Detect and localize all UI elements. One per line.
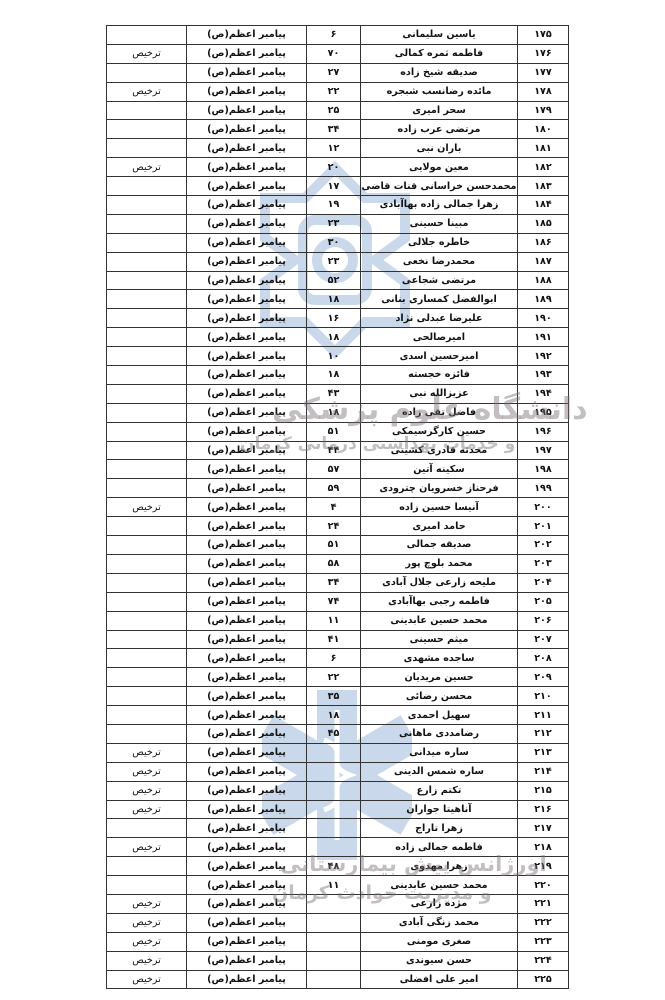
table-row: ۱۸۲معین مولایی۲۰پیامبر اعظم(ص)ترخیص (107, 158, 569, 177)
patient-name-cell: محمد حسین عابدینی (361, 611, 518, 630)
table-row: ۱۷۹سحر امیری۲۵پیامبر اعظم(ص) (107, 101, 569, 120)
table-row: ۲۱۲رضامددی ماهانی۴۵پیامبر اعظم(ص) (107, 724, 569, 743)
row-number-cell: ۲۲۱ (518, 894, 569, 913)
patient-name-cell: رضامددی ماهانی (361, 724, 518, 743)
row-number-cell: ۱۷۵ (518, 26, 569, 45)
hospital-cell: پیامبر اعظم(ص) (187, 26, 307, 45)
row-number-cell: ۱۸۵ (518, 214, 569, 233)
patient-name-cell: مبینا حسینی (361, 214, 518, 233)
status-cell (107, 290, 187, 309)
row-number-cell: ۱۸۴ (518, 196, 569, 215)
status-cell (107, 687, 187, 706)
row-number-cell: ۱۸۷ (518, 252, 569, 271)
row-number-cell: ۱۸۱ (518, 139, 569, 158)
status-cell (107, 233, 187, 252)
hospital-cell: پیامبر اعظم(ص) (187, 951, 307, 970)
status-cell (107, 422, 187, 441)
status-cell (107, 214, 187, 233)
age-cell: ۶ (307, 26, 361, 45)
patient-name-cell: علیرضا عبدلی نژاد (361, 309, 518, 328)
age-cell: ۱۸ (307, 403, 361, 422)
table-row: ۲۱۹زهرا مهدوی۴۸پیامبر اعظم(ص) (107, 857, 569, 876)
table-row: ۲۱۵تکتم زارعپیامبر اعظم(ص)ترخیص (107, 781, 569, 800)
row-number-cell: ۱۸۲ (518, 158, 569, 177)
hospital-cell: پیامبر اعظم(ص) (187, 214, 307, 233)
patient-name-cell: مژده زارعی (361, 894, 518, 913)
age-cell: ۲۷ (307, 63, 361, 82)
age-cell (307, 970, 361, 989)
table-row: ۱۹۵فاضل تقی زاده۱۸پیامبر اعظم(ص) (107, 403, 569, 422)
table-row: ۱۸۷محمدرضا نخعی۲۳پیامبر اعظم(ص) (107, 252, 569, 271)
age-cell: ۳۰ (307, 233, 361, 252)
hospital-cell: پیامبر اعظم(ص) (187, 913, 307, 932)
row-number-cell: ۱۹۵ (518, 403, 569, 422)
row-number-cell: ۱۹۳ (518, 366, 569, 385)
hospital-cell: پیامبر اعظم(ص) (187, 290, 307, 309)
patient-name-cell: صدیقه جمالی (361, 536, 518, 555)
table-row: ۱۷۵یاسین سلیمانی۶پیامبر اعظم(ص) (107, 26, 569, 45)
age-cell: ۳۴ (307, 573, 361, 592)
table-row: ۲۱۴ساره شمس الدینیپیامبر اعظم(ص)ترخیص (107, 762, 569, 781)
patient-name-cell: حسین مریدیان (361, 668, 518, 687)
status-cell (107, 403, 187, 422)
hospital-cell: پیامبر اعظم(ص) (187, 970, 307, 989)
patient-name-cell: محسن رضائی (361, 687, 518, 706)
table-row: ۱۹۹فرحناز خسرویان چترودی۵۹پیامبر اعظم(ص) (107, 479, 569, 498)
row-number-cell: ۲۲۳ (518, 932, 569, 951)
row-number-cell: ۲۰۰ (518, 498, 569, 517)
status-cell (107, 177, 187, 196)
status-cell (107, 252, 187, 271)
row-number-cell: ۲۲۰ (518, 876, 569, 895)
status-cell: ترخیص (107, 932, 187, 951)
hospital-cell: پیامبر اعظم(ص) (187, 762, 307, 781)
status-cell (107, 630, 187, 649)
age-cell: ۲۲ (307, 82, 361, 101)
status-cell: ترخیص (107, 44, 187, 63)
hospital-cell: پیامبر اعظم(ص) (187, 328, 307, 347)
hospital-cell: پیامبر اعظم(ص) (187, 706, 307, 725)
row-number-cell: ۱۸۹ (518, 290, 569, 309)
status-cell (107, 517, 187, 536)
status-cell (107, 271, 187, 290)
age-cell: ۱۶ (307, 309, 361, 328)
patient-name-cell: ملیحه زارعی جلال آبادی (361, 573, 518, 592)
status-cell (107, 120, 187, 139)
patient-name-cell: فرحناز خسرویان چترودی (361, 479, 518, 498)
hospital-cell: پیامبر اعظم(ص) (187, 498, 307, 517)
age-cell: ۱۱ (307, 876, 361, 895)
status-cell (107, 857, 187, 876)
age-cell (307, 781, 361, 800)
row-number-cell: ۱۸۰ (518, 120, 569, 139)
patient-name-cell: فاضل تقی زاده (361, 403, 518, 422)
patient-name-cell: تکتم زارع (361, 781, 518, 800)
patient-name-cell: عزیزالله نبی (361, 384, 518, 403)
row-number-cell: ۲۱۴ (518, 762, 569, 781)
age-cell: ۲۳ (307, 252, 361, 271)
age-cell: ۱۸ (307, 290, 361, 309)
table-row: ۲۰۷میثم حسینی۴۱پیامبر اعظم(ص) (107, 630, 569, 649)
row-number-cell: ۱۷۸ (518, 82, 569, 101)
row-number-cell: ۲۰۵ (518, 592, 569, 611)
status-cell: ترخیص (107, 838, 187, 857)
status-cell (107, 554, 187, 573)
patient-name-cell: حامد امیری (361, 517, 518, 536)
age-cell: ۴۳ (307, 384, 361, 403)
patient-name-cell: یاسین سلیمانی (361, 26, 518, 45)
table-row: ۱۹۱امیرصالحی۱۸پیامبر اعظم(ص) (107, 328, 569, 347)
table-row: ۲۰۲صدیقه جمالی۵۱پیامبر اعظم(ص) (107, 536, 569, 555)
age-cell: ۱۰ (307, 347, 361, 366)
patient-name-cell: فائزه خجسته (361, 366, 518, 385)
table-row: ۱۹۳فائزه خجسته۱۸پیامبر اعظم(ص) (107, 366, 569, 385)
age-cell: ۳۴ (307, 120, 361, 139)
status-cell: ترخیص (107, 743, 187, 762)
status-cell (107, 573, 187, 592)
status-cell: ترخیص (107, 158, 187, 177)
hospital-cell: پیامبر اعظم(ص) (187, 554, 307, 573)
hospital-cell: پیامبر اعظم(ص) (187, 441, 307, 460)
age-cell: ۷۰ (307, 44, 361, 63)
patient-name-cell: ابوالفضل کمساری بنانی (361, 290, 518, 309)
patient-name-cell: امیرحسین اسدی (361, 347, 518, 366)
patient-name-cell: زهرا جمالی زاده بهاآبادی (361, 196, 518, 215)
hospital-cell: پیامبر اعظم(ص) (187, 592, 307, 611)
hospital-cell: پیامبر اعظم(ص) (187, 460, 307, 479)
status-cell: ترخیص (107, 82, 187, 101)
age-cell: ۱۸ (307, 366, 361, 385)
table-row: ۱۹۶حسین کارگرسیمکی۵۱پیامبر اعظم(ص) (107, 422, 569, 441)
patient-name-cell: محمدحسن خراسانی قنات قاضی (361, 177, 518, 196)
age-cell (307, 894, 361, 913)
table-row: ۲۲۳صغری مومنیپیامبر اعظم(ص)ترخیص (107, 932, 569, 951)
hospital-cell: پیامبر اعظم(ص) (187, 177, 307, 196)
patient-name-cell: ساره میدانی (361, 743, 518, 762)
age-cell: ۲۰ (307, 158, 361, 177)
patient-name-cell: معین مولایی (361, 158, 518, 177)
status-cell (107, 592, 187, 611)
status-cell (107, 460, 187, 479)
age-cell (307, 838, 361, 857)
status-cell (107, 819, 187, 838)
status-cell (107, 649, 187, 668)
row-number-cell: ۲۱۵ (518, 781, 569, 800)
row-number-cell: ۱۹۱ (518, 328, 569, 347)
age-cell: ۵۷ (307, 460, 361, 479)
status-cell: ترخیص (107, 762, 187, 781)
row-number-cell: ۲۲۲ (518, 913, 569, 932)
table-row: ۱۷۶فاطمه ثمره کمالی۷۰پیامبر اعظم(ص)ترخیص (107, 44, 569, 63)
row-number-cell: ۱۸۶ (518, 233, 569, 252)
table-row: ۱۹۰علیرضا عبدلی نژاد۱۶پیامبر اعظم(ص) (107, 309, 569, 328)
age-cell: ۱۸ (307, 328, 361, 347)
patient-name-cell: باران نبی (361, 139, 518, 158)
age-cell: ۴ (307, 498, 361, 517)
row-number-cell: ۲۱۱ (518, 706, 569, 725)
patient-name-cell: آنیسا حسین زاده (361, 498, 518, 517)
row-number-cell: ۲۰۳ (518, 554, 569, 573)
patient-name-cell: مائده رضانسب شبجره (361, 82, 518, 101)
table-row: ۲۰۳محمد بلوچ پور۵۸پیامبر اعظم(ص) (107, 554, 569, 573)
table-row: ۱۷۸مائده رضانسب شبجره۲۲پیامبر اعظم(ص)ترخ… (107, 82, 569, 101)
hospital-cell: پیامبر اعظم(ص) (187, 894, 307, 913)
hospital-cell: پیامبر اعظم(ص) (187, 63, 307, 82)
hospital-cell: پیامبر اعظم(ص) (187, 347, 307, 366)
patient-name-cell: سهیل احمدی (361, 706, 518, 725)
row-number-cell: ۲۲۴ (518, 951, 569, 970)
table-row: ۱۸۶خاطره جلالی۳۰پیامبر اعظم(ص) (107, 233, 569, 252)
hospital-cell: پیامبر اعظم(ص) (187, 573, 307, 592)
table-row: ۲۰۸ساجده مشهدی۶پیامبر اعظم(ص) (107, 649, 569, 668)
age-cell: ۲۳ (307, 214, 361, 233)
patient-name-cell: محمد بلوچ پور (361, 554, 518, 573)
hospital-cell: پیامبر اعظم(ص) (187, 196, 307, 215)
row-number-cell: ۲۱۳ (518, 743, 569, 762)
age-cell: ۳۵ (307, 687, 361, 706)
patient-name-cell: فاطمه جمالی زاده (361, 838, 518, 857)
row-number-cell: ۱۹۲ (518, 347, 569, 366)
row-number-cell: ۲۰۴ (518, 573, 569, 592)
hospital-cell: پیامبر اعظم(ص) (187, 271, 307, 290)
status-cell (107, 536, 187, 555)
age-cell: ۵۸ (307, 554, 361, 573)
hospital-cell: پیامبر اعظم(ص) (187, 139, 307, 158)
row-number-cell: ۲۱۸ (518, 838, 569, 857)
age-cell: ۱۲ (307, 139, 361, 158)
row-number-cell: ۱۹۸ (518, 460, 569, 479)
row-number-cell: ۲۱۷ (518, 819, 569, 838)
table-row: ۲۰۹حسین مریدیان۲۲پیامبر اعظم(ص) (107, 668, 569, 687)
patient-name-cell: ساجده مشهدی (361, 649, 518, 668)
hospital-cell: پیامبر اعظم(ص) (187, 422, 307, 441)
table-row: ۲۲۰محمد حسین عابدینی۱۱پیامبر اعظم(ص) (107, 876, 569, 895)
patient-name-cell: امیرصالحی (361, 328, 518, 347)
hospital-cell: پیامبر اعظم(ص) (187, 649, 307, 668)
status-cell (107, 347, 187, 366)
age-cell: ۴۱ (307, 630, 361, 649)
table-row: ۲۰۴ملیحه زارعی جلال آبادی۳۴پیامبر اعظم(ص… (107, 573, 569, 592)
age-cell (307, 932, 361, 951)
age-cell (307, 762, 361, 781)
hospital-cell: پیامبر اعظم(ص) (187, 233, 307, 252)
hospital-cell: پیامبر اعظم(ص) (187, 838, 307, 857)
table-row: ۱۹۷محدثه قادری کشیتی۴۴پیامبر اعظم(ص) (107, 441, 569, 460)
row-number-cell: ۲۱۲ (518, 724, 569, 743)
hospital-cell: پیامبر اعظم(ص) (187, 82, 307, 101)
patient-name-cell: زهرا مهدوی (361, 857, 518, 876)
patient-name-cell: محمد زنگی آبادی (361, 913, 518, 932)
hospital-cell: پیامبر اعظم(ص) (187, 611, 307, 630)
age-cell: ۴۸ (307, 857, 361, 876)
age-cell: ۲۵ (307, 101, 361, 120)
hospital-cell: پیامبر اعظم(ص) (187, 819, 307, 838)
table-row: ۲۲۵امیر علی افضلیپیامبر اعظم(ص)ترخیص (107, 970, 569, 989)
patient-name-cell: ساره شمس الدینی (361, 762, 518, 781)
row-number-cell: ۱۹۶ (518, 422, 569, 441)
hospital-cell: پیامبر اعظم(ص) (187, 252, 307, 271)
patient-name-cell: فاطمه ثمره کمالی (361, 44, 518, 63)
status-cell (107, 706, 187, 725)
row-number-cell: ۲۰۶ (518, 611, 569, 630)
patient-name-cell: مرتضی شجاعی (361, 271, 518, 290)
row-number-cell: ۲۱۹ (518, 857, 569, 876)
casualty-roster-table: ۱۷۵یاسین سلیمانی۶پیامبر اعظم(ص)۱۷۶فاطمه … (106, 25, 569, 989)
patient-name-cell: صدیقه شیخ زاده (361, 63, 518, 82)
hospital-cell: پیامبر اعظم(ص) (187, 120, 307, 139)
row-number-cell: ۲۰۹ (518, 668, 569, 687)
status-cell: ترخیص (107, 970, 187, 989)
table-row: ۱۹۲امیرحسین اسدی۱۰پیامبر اعظم(ص) (107, 347, 569, 366)
status-cell: ترخیص (107, 498, 187, 517)
hospital-cell: پیامبر اعظم(ص) (187, 366, 307, 385)
hospital-cell: پیامبر اعظم(ص) (187, 857, 307, 876)
patient-name-cell: صغری مومنی (361, 932, 518, 951)
table-row: ۱۸۳محمدحسن خراسانی قنات قاضی۱۷پیامبر اعظ… (107, 177, 569, 196)
age-cell (307, 913, 361, 932)
status-cell (107, 724, 187, 743)
status-cell (107, 196, 187, 215)
table-row: ۲۰۰آنیسا حسین زاده۴پیامبر اعظم(ص)ترخیص (107, 498, 569, 517)
patient-name-cell: مرتضی عرب زاده (361, 120, 518, 139)
table-row: ۲۲۴حسن سیوندیپیامبر اعظم(ص)ترخیص (107, 951, 569, 970)
row-number-cell: ۲۱۰ (518, 687, 569, 706)
age-cell: ۱۷ (307, 177, 361, 196)
status-cell: ترخیص (107, 800, 187, 819)
status-cell (107, 876, 187, 895)
hospital-cell: پیامبر اعظم(ص) (187, 630, 307, 649)
hospital-cell: پیامبر اعظم(ص) (187, 517, 307, 536)
hospital-cell: پیامبر اعظم(ص) (187, 668, 307, 687)
status-cell (107, 101, 187, 120)
patient-name-cell: حسن سیوندی (361, 951, 518, 970)
hospital-cell: پیامبر اعظم(ص) (187, 932, 307, 951)
status-cell: ترخیص (107, 781, 187, 800)
patient-name-cell: محدثه قادری کشیتی (361, 441, 518, 460)
patient-name-cell: محمدرضا نخعی (361, 252, 518, 271)
age-cell: ۱۸ (307, 706, 361, 725)
table-row: ۲۱۸فاطمه جمالی زادهپیامبر اعظم(ص)ترخیص (107, 838, 569, 857)
status-cell (107, 139, 187, 158)
hospital-cell: پیامبر اعظم(ص) (187, 101, 307, 120)
status-cell (107, 441, 187, 460)
patient-name-cell: حسین کارگرسیمکی (361, 422, 518, 441)
age-cell (307, 819, 361, 838)
row-number-cell: ۱۸۳ (518, 177, 569, 196)
row-number-cell: ۱۹۰ (518, 309, 569, 328)
row-number-cell: ۱۷۷ (518, 63, 569, 82)
row-number-cell: ۱۸۸ (518, 271, 569, 290)
age-cell: ۲۲ (307, 668, 361, 687)
table-row: ۲۱۷زهرا تاراجپیامبر اعظم(ص) (107, 819, 569, 838)
age-cell: ۱۱ (307, 611, 361, 630)
hospital-cell: پیامبر اعظم(ص) (187, 479, 307, 498)
age-cell: ۴۵ (307, 724, 361, 743)
hospital-cell: پیامبر اعظم(ص) (187, 800, 307, 819)
row-number-cell: ۱۹۷ (518, 441, 569, 460)
age-cell (307, 743, 361, 762)
status-cell (107, 309, 187, 328)
table-row: ۲۲۲محمد زنگی آبادیپیامبر اعظم(ص)ترخیص (107, 913, 569, 932)
table-row: ۱۸۱باران نبی۱۲پیامبر اعظم(ص) (107, 139, 569, 158)
row-number-cell: ۲۰۱ (518, 517, 569, 536)
table-row: ۱۸۵مبینا حسینی۲۳پیامبر اعظم(ص) (107, 214, 569, 233)
hospital-cell: پیامبر اعظم(ص) (187, 876, 307, 895)
hospital-cell: پیامبر اعظم(ص) (187, 44, 307, 63)
patient-name-cell: سحر امیری (361, 101, 518, 120)
row-number-cell: ۱۷۶ (518, 44, 569, 63)
status-cell (107, 611, 187, 630)
status-cell (107, 366, 187, 385)
status-cell: ترخیص (107, 951, 187, 970)
hospital-cell: پیامبر اعظم(ص) (187, 384, 307, 403)
document-page: ۱۷۵یاسین سلیمانی۶پیامبر اعظم(ص)۱۷۶فاطمه … (0, 0, 665, 1000)
table-row: ۱۹۴عزیزالله نبی۴۳پیامبر اعظم(ص) (107, 384, 569, 403)
patient-name-cell: خاطره جلالی (361, 233, 518, 252)
hospital-cell: پیامبر اعظم(ص) (187, 687, 307, 706)
row-number-cell: ۲۲۵ (518, 970, 569, 989)
status-cell: ترخیص (107, 894, 187, 913)
hospital-cell: پیامبر اعظم(ص) (187, 403, 307, 422)
table-row: ۲۱۶آناهیتا جوارانپیامبر اعظم(ص)ترخیص (107, 800, 569, 819)
age-cell (307, 800, 361, 819)
row-number-cell: ۱۹۹ (518, 479, 569, 498)
table-row: ۱۸۰مرتضی عرب زاده۳۴پیامبر اعظم(ص) (107, 120, 569, 139)
table-row: ۲۱۳ساره میدانیپیامبر اعظم(ص)ترخیص (107, 743, 569, 762)
age-cell: ۵۱ (307, 536, 361, 555)
table-row: ۲۰۵فاطمه رجبی بهاآبادی۷۴پیامبر اعظم(ص) (107, 592, 569, 611)
table-row: ۲۱۰محسن رضائی۳۵پیامبر اعظم(ص) (107, 687, 569, 706)
age-cell: ۴۴ (307, 441, 361, 460)
row-number-cell: ۲۰۲ (518, 536, 569, 555)
age-cell: ۷۴ (307, 592, 361, 611)
status-cell (107, 26, 187, 45)
status-cell: ترخیص (107, 913, 187, 932)
table-row: ۱۸۴زهرا جمالی زاده بهاآبادی۱۹پیامبر اعظم… (107, 196, 569, 215)
hospital-cell: پیامبر اعظم(ص) (187, 158, 307, 177)
table-row: ۲۲۱مژده زارعیپیامبر اعظم(ص)ترخیص (107, 894, 569, 913)
status-cell (107, 384, 187, 403)
hospital-cell: پیامبر اعظم(ص) (187, 309, 307, 328)
age-cell: ۵۹ (307, 479, 361, 498)
table-row: ۲۱۱سهیل احمدی۱۸پیامبر اعظم(ص) (107, 706, 569, 725)
table-row: ۱۷۷صدیقه شیخ زاده۲۷پیامبر اعظم(ص) (107, 63, 569, 82)
age-cell: ۲۴ (307, 517, 361, 536)
status-cell (107, 668, 187, 687)
patient-name-cell: امیر علی افضلی (361, 970, 518, 989)
row-number-cell: ۲۱۶ (518, 800, 569, 819)
status-cell (107, 63, 187, 82)
table-row: ۱۸۸مرتضی شجاعی۵۲پیامبر اعظم(ص) (107, 271, 569, 290)
age-cell: ۵۱ (307, 422, 361, 441)
table-row: ۱۹۸سکینه آتین۵۷پیامبر اعظم(ص) (107, 460, 569, 479)
hospital-cell: پیامبر اعظم(ص) (187, 743, 307, 762)
patient-name-cell: سکینه آتین (361, 460, 518, 479)
hospital-cell: پیامبر اعظم(ص) (187, 536, 307, 555)
row-number-cell: ۲۰۷ (518, 630, 569, 649)
row-number-cell: ۲۰۸ (518, 649, 569, 668)
status-cell (107, 479, 187, 498)
age-cell (307, 951, 361, 970)
table-row: ۲۰۱حامد امیری۲۴پیامبر اعظم(ص) (107, 517, 569, 536)
patient-name-cell: زهرا تاراج (361, 819, 518, 838)
table-row: ۲۰۶محمد حسین عابدینی۱۱پیامبر اعظم(ص) (107, 611, 569, 630)
table-row: ۱۸۹ابوالفضل کمساری بنانی۱۸پیامبر اعظم(ص) (107, 290, 569, 309)
patient-name-cell: محمد حسین عابدینی (361, 876, 518, 895)
row-number-cell: ۱۷۹ (518, 101, 569, 120)
age-cell: ۶ (307, 649, 361, 668)
age-cell: ۵۲ (307, 271, 361, 290)
